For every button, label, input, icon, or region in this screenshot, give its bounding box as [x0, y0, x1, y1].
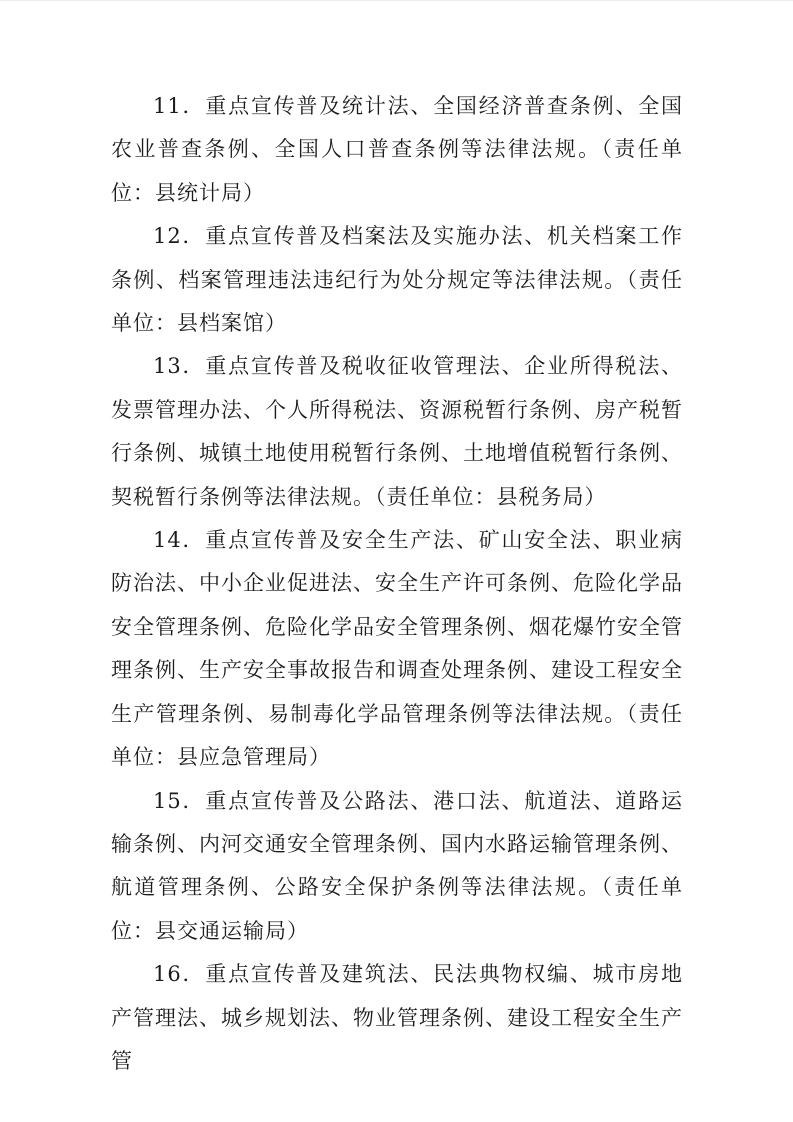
legal-item-paragraph-11: 11．重点宣传普及统计法、全国经济普查条例、全国农业普查条例、全国人口普查条例等…: [111, 85, 683, 215]
document-page: 11．重点宣传普及统计法、全国经济普查条例、全国农业普查条例、全国人口普查条例等…: [0, 0, 793, 1122]
legal-item-paragraph-16: 16．重点宣传普及建筑法、民法典物权编、城市房地产管理法、城乡规划法、物业管理条…: [111, 953, 683, 1083]
legal-item-paragraph-13: 13．重点宣传普及税收征收管理法、企业所得税法、发票管理办法、个人所得税法、资源…: [111, 345, 683, 519]
document-body: 11．重点宣传普及统计法、全国经济普查条例、全国农业普查条例、全国人口普查条例等…: [111, 85, 683, 1083]
legal-item-paragraph-12: 12．重点宣传普及档案法及实施办法、机关档案工作条例、档案管理违法违纪行为处分规…: [111, 215, 683, 345]
legal-item-paragraph-15: 15．重点宣传普及公路法、港口法、航道法、道路运输条例、内河交通安全管理条例、国…: [111, 780, 683, 954]
legal-item-paragraph-14: 14．重点宣传普及安全生产法、矿山安全法、职业病防治法、中小企业促进法、安全生产…: [111, 519, 683, 779]
